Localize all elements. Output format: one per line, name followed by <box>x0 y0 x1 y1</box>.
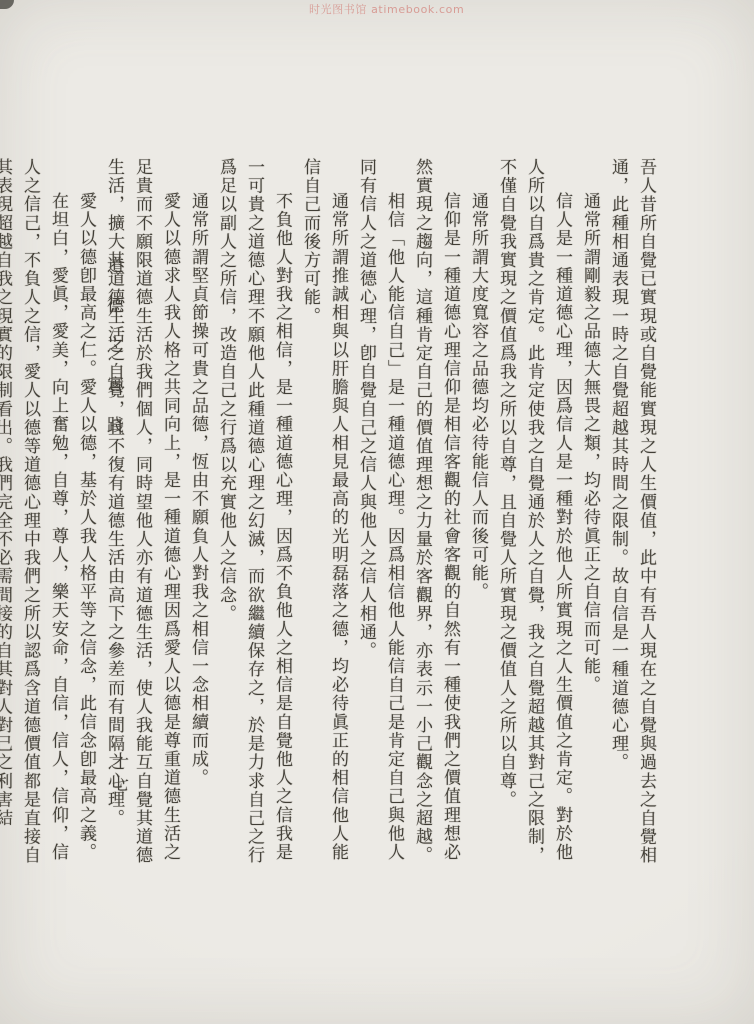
paragraph: 相信「他人能信自己」是一種道德心理。因爲相信他人能信自己是肯定自己與他人同有信人… <box>352 158 408 872</box>
paragraph: 在坦白，愛眞，愛美，向上奮勉，自尊，尊人，樂天安命，自信，信人，信仰，信人之信己… <box>0 158 72 872</box>
paragraph: 吾人昔所自覺已實現或自覺能實現之人生價值，此中有吾人現在之自覺與過去之自覺相通，… <box>604 158 660 872</box>
paragraph: 愛人以德卽最高之仁。愛人以德，基於人我人格平等之信念，此信念卽最高之義。 <box>72 158 100 872</box>
scanned-book-page: 时光图书馆 atimebook.com 吾人昔所自覺已實現或自覺能實現之人生價值… <box>0 0 754 1024</box>
paragraph: 信仰是一種道德心理信仰是相信客觀的社會客觀的自然有一種使我們之價值理想必然實現之… <box>408 158 464 872</box>
library-watermark: 时光图书馆 atimebook.com <box>309 1 464 17</box>
paragraph: 不負他人對我之相信，是一種道德心理，因爲不負他人之相信是自覺他人之信我是一可貴之… <box>212 158 296 872</box>
scan-artifact-corner <box>0 0 14 9</box>
page-number: 十七 <box>106 752 131 798</box>
paragraph: 通常所謂堅貞節操可貴之品德，恆由不願負人對我之相信一念相續而成。 <box>184 158 212 872</box>
main-text-block: 吾人昔所自覺已實現或自覺能實現之人生價值，此中有吾人現在之自覺與過去之自覺相通，… <box>0 158 660 872</box>
book-title-vertical: 道德之實踐 <box>101 256 126 456</box>
paragraph: 通常所謂剛毅之品德大無畏之類，均必待眞正之自信而可能。 <box>576 158 604 872</box>
paragraph: 通常所謂推誠相與以肝膽與人相見最高的光明磊落之德，均必待眞正的相信他人能信自己而… <box>296 158 352 872</box>
paragraph: 信人是一種道德心理，因爲信人是一種對於他人所實現之人生價值之肯定。對於他人所以自… <box>492 158 576 872</box>
paragraph: 通常所謂大度寬容之品德均必待能信人而後可能。 <box>464 158 492 872</box>
